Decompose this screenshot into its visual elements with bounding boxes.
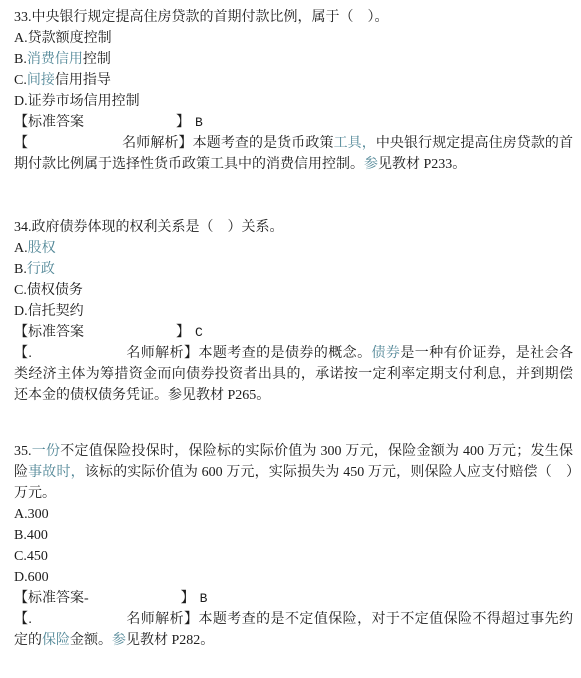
analysis-label: 名师解析】 bbox=[126, 346, 199, 361]
text-run: A.300 bbox=[14, 507, 49, 522]
answer-close-bracket: 】 bbox=[176, 325, 190, 340]
analysis-label: 名师解析】 bbox=[122, 136, 193, 151]
analysis-body: 本题考查的是债券的概念。债券是一种有价证券，是社会各类经济主体为筹措资金而向债券… bbox=[14, 346, 573, 403]
question-35-analysis: 【.名师解析】本题考查的是不定值保险，对于不定值保险不得超过事先约定的保险金额。… bbox=[14, 609, 573, 651]
question-35-option-d: D.600 bbox=[14, 567, 573, 588]
answer-close-bracket: 】 bbox=[176, 115, 190, 130]
analysis-body: 本题考查的是不定值保险，对于不定值保险不得超过事先约定的保险金额。参见教材 P2… bbox=[14, 612, 573, 648]
text-run: A.贷款额度控制 bbox=[14, 31, 112, 46]
question-34-title: 34.政府债券体现的权利关系是（ ）关系。 bbox=[14, 217, 573, 238]
highlighted-text: 事故时， bbox=[28, 465, 85, 480]
text-run: 35. bbox=[14, 444, 32, 459]
answer-close-bracket: 】 bbox=[181, 591, 195, 606]
text-run: C.450 bbox=[14, 549, 48, 564]
text-run: 金额。 bbox=[70, 633, 112, 648]
highlighted-text: 消费信用 bbox=[27, 52, 83, 67]
question-35-option-a: A.300 bbox=[14, 504, 573, 525]
question-35-answer-line: 【标准答案-】B bbox=[14, 588, 573, 609]
question-35-title: 35.一份不定值保险投保时，保险标的实际价值为 300 万元，保险金额为 400… bbox=[14, 441, 573, 504]
answer-value: B bbox=[200, 591, 208, 606]
text-run: B. bbox=[14, 52, 27, 67]
analysis-open-bracket: 【. bbox=[14, 346, 32, 361]
text-run: 本题考查的是货币政策 bbox=[193, 136, 334, 151]
answer-value: B bbox=[195, 115, 203, 130]
question-34-analysis: 【.名师解析】本题考查的是债券的概念。债券是一种有价证券，是社会各类经济主体为筹… bbox=[14, 343, 573, 406]
text-run: 34.政府债券体现的权利关系是（ ）关系。 bbox=[14, 220, 284, 235]
highlighted-text: 间接 bbox=[27, 73, 55, 88]
analysis-body: 本题考查的是货币政策工具，中央银行规定提高住房贷款的首期付款比例属于选择性货币政… bbox=[14, 136, 573, 172]
text-run: 33.中央银行规定提高住房贷款的首期付款比例，属于（ ）。 bbox=[14, 10, 389, 25]
question-34-option-b: B.行政 bbox=[14, 259, 573, 280]
text-run: 信用指导 bbox=[55, 73, 111, 88]
question-35: 35.一份不定值保险投保时，保险标的实际价值为 300 万元，保险金额为 400… bbox=[14, 441, 573, 651]
text-run: C. bbox=[14, 73, 27, 88]
question-35-option-c: C.450 bbox=[14, 546, 573, 567]
text-run: 控制 bbox=[83, 52, 111, 67]
text-run: 见教材 P282。 bbox=[126, 633, 214, 648]
text-run: B.400 bbox=[14, 528, 48, 543]
question-33-analysis: 【名师解析】本题考查的是货币政策工具，中央银行规定提高住房贷款的首期付款比例属于… bbox=[14, 133, 573, 175]
answer-value: C bbox=[195, 325, 203, 340]
question-33-option-b: B.消费信用控制 bbox=[14, 49, 573, 70]
question-33: 33.中央银行规定提高住房贷款的首期付款比例，属于（ ）。 A.贷款额度控制 B… bbox=[14, 7, 573, 175]
text-run: D.600 bbox=[14, 570, 49, 585]
question-34-option-d: D.信托契约 bbox=[14, 301, 573, 322]
analysis-label: 名师解析】 bbox=[126, 612, 199, 627]
highlighted-text: 工具， bbox=[334, 136, 376, 151]
analysis-open-bracket: 【. bbox=[14, 612, 32, 627]
highlighted-text: 行政 bbox=[27, 262, 55, 277]
text-run: C.债权债务 bbox=[14, 283, 83, 298]
text-run: B. bbox=[14, 262, 27, 277]
text-run: 本题考查的是债券的概念。 bbox=[198, 346, 371, 361]
highlighted-text: 参 bbox=[364, 157, 378, 172]
answer-open-bracket: 【标准答案 bbox=[14, 325, 84, 340]
text-run: D.信托契约 bbox=[14, 304, 84, 319]
exam-document: 33.中央银行规定提高住房贷款的首期付款比例，属于（ ）。 A.贷款额度控制 B… bbox=[0, 0, 581, 651]
question-34: 34.政府债券体现的权利关系是（ ）关系。 A.股权 B.行政 C.债权债务 D… bbox=[14, 217, 573, 406]
answer-open-bracket: 【标准答案 bbox=[14, 115, 84, 130]
answer-open-bracket: 【标准答案- bbox=[14, 591, 89, 606]
text-run: 该标的实际价值为 600 万元，实际损失为 450 万元，则保险人应支付赔偿（ … bbox=[14, 465, 573, 501]
highlighted-text: 参 bbox=[112, 633, 126, 648]
highlighted-text: 股权 bbox=[28, 241, 56, 256]
question-33-option-a: A.贷款额度控制 bbox=[14, 28, 573, 49]
text-run: 见教材 P233。 bbox=[378, 157, 466, 172]
analysis-open-bracket: 【 bbox=[14, 136, 28, 151]
highlighted-text: 保险 bbox=[42, 633, 70, 648]
text-run: A. bbox=[14, 241, 28, 256]
question-33-title: 33.中央银行规定提高住房贷款的首期付款比例，属于（ ）。 bbox=[14, 7, 573, 28]
question-34-option-c: C.债权债务 bbox=[14, 280, 573, 301]
question-33-answer-line: 【标准答案】B bbox=[14, 112, 573, 133]
question-33-option-c: C.间接信用指导 bbox=[14, 70, 573, 91]
question-34-option-a: A.股权 bbox=[14, 238, 573, 259]
text-run: D.证券市场信用控制 bbox=[14, 94, 140, 109]
highlighted-text: 一份 bbox=[32, 444, 61, 459]
question-34-answer-line: 【标准答案】C bbox=[14, 322, 573, 343]
question-35-option-b: B.400 bbox=[14, 525, 573, 546]
highlighted-text: 债券 bbox=[372, 346, 401, 361]
question-33-option-d: D.证券市场信用控制 bbox=[14, 91, 573, 112]
